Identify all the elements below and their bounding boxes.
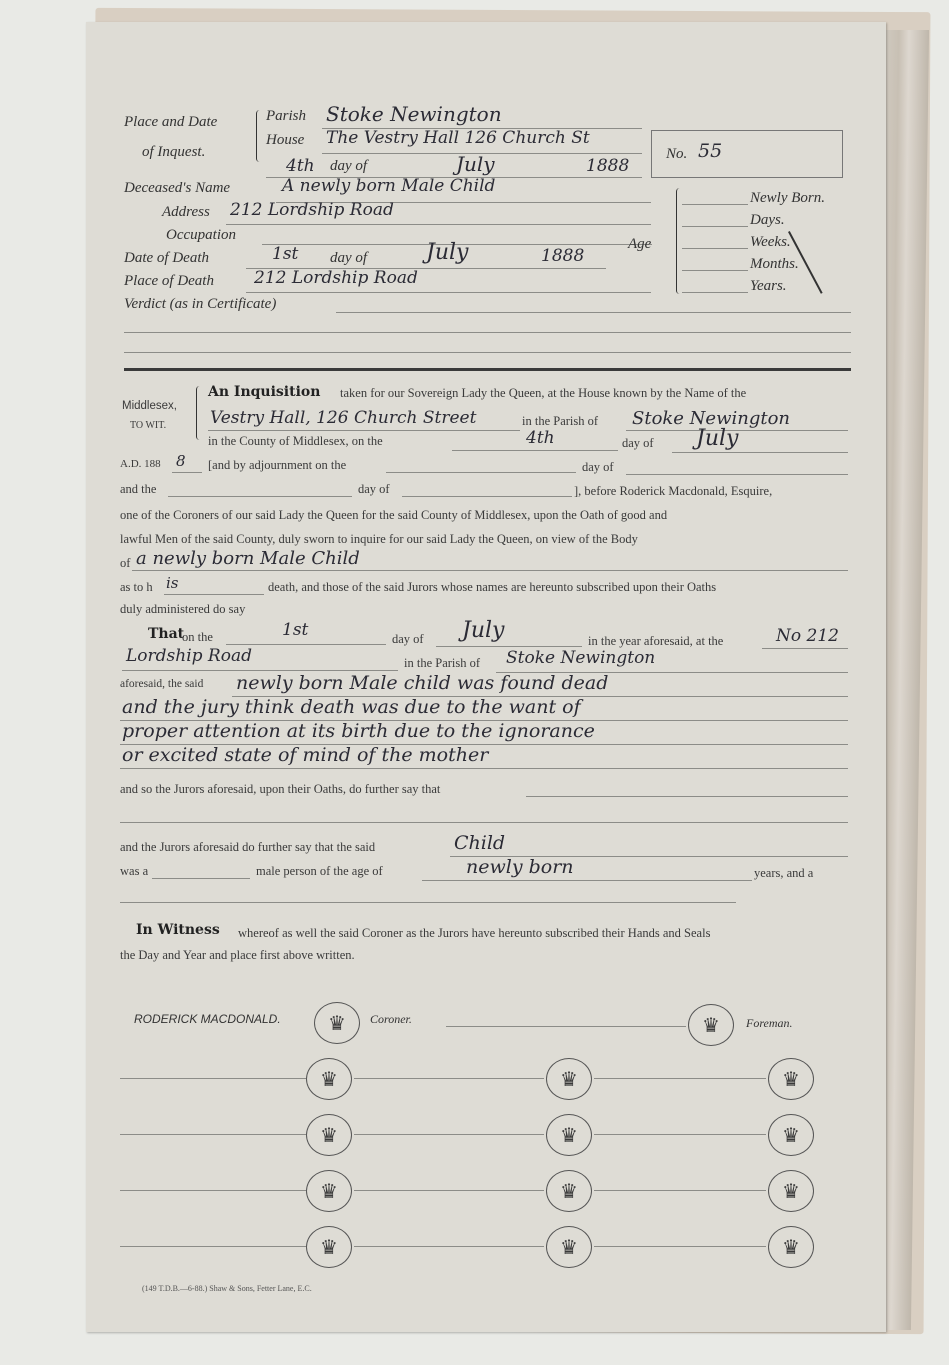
said-value: Child xyxy=(454,832,505,854)
coroner-label: Coroner. xyxy=(370,1012,412,1027)
finding-parish-value: Stoke Newington xyxy=(506,648,655,668)
crown-icon: ♛ xyxy=(320,1235,338,1260)
address-label: Address xyxy=(162,204,210,221)
occupation-label: Occupation xyxy=(166,227,236,244)
rule xyxy=(172,472,202,473)
juror-signature-line xyxy=(120,1190,306,1191)
finding-handwritten-line: proper attention at its birth due to the… xyxy=(122,720,595,742)
foreman-signature-line xyxy=(446,1026,686,1027)
inquisition-text-3: in the County of Middlesex, on the xyxy=(208,434,383,449)
rule xyxy=(124,352,851,353)
place-date-label: Place and Date xyxy=(124,114,217,131)
rule xyxy=(226,644,386,645)
juror-seal: ♛ xyxy=(768,1170,814,1212)
inquisition-month-value: July xyxy=(696,426,738,451)
crown-icon: ♛ xyxy=(702,1013,720,1038)
finding-month-value: July xyxy=(462,618,504,643)
inquisition-text-1: taken for our Sovereign Lady the Queen, … xyxy=(340,386,746,401)
of-inquest-label: of Inquest. xyxy=(142,144,205,161)
deceased-name-label: Deceased's Name xyxy=(124,180,230,197)
day-of-label: day of xyxy=(330,158,367,175)
rule xyxy=(386,472,576,473)
finding-handwritten-line: and the jury think death was due to the … xyxy=(122,696,581,718)
section-divider xyxy=(124,368,851,371)
parish-text: in the Parish of xyxy=(404,656,480,671)
crown-icon: ♛ xyxy=(782,1123,800,1148)
age-blank xyxy=(682,292,748,293)
rule xyxy=(246,292,651,293)
address-value: 212 Lordship Road xyxy=(230,200,394,220)
printer-imprint: (149 T.D.B.—6-88.) Shaw & Sons, Fetter L… xyxy=(142,1284,312,1293)
crown-icon: ♛ xyxy=(328,1011,346,1036)
crown-icon: ♛ xyxy=(320,1067,338,1092)
finding-handwritten-line: newly born Male child was found dead xyxy=(236,672,608,694)
inquisition-text-4: day of xyxy=(622,436,654,451)
coroners-line: one of the Coroners of our said Lady the… xyxy=(120,508,667,523)
age-blank xyxy=(682,270,748,271)
age-option: Weeks. xyxy=(750,234,791,251)
juror-signature-line xyxy=(354,1078,544,1079)
as-to-value: is xyxy=(166,574,179,592)
juror-seal: ♛ xyxy=(306,1114,352,1156)
juror-signature-line xyxy=(120,1246,306,1247)
crown-icon: ♛ xyxy=(782,1179,800,1204)
place-of-death-label: Place of Death xyxy=(124,273,214,290)
number-value: 55 xyxy=(698,140,722,162)
rule xyxy=(120,902,736,903)
juror-seal: ♛ xyxy=(768,1058,814,1100)
date-of-death-label: Date of Death xyxy=(124,250,209,267)
juror-seal: ♛ xyxy=(546,1226,592,1268)
years-text: years, and a xyxy=(754,866,813,881)
age-option: Days. xyxy=(750,212,785,229)
number-label: No. xyxy=(666,146,687,163)
juror-signature-line xyxy=(120,1078,306,1079)
death-day-value: 1st xyxy=(272,244,298,264)
age-option: Months. xyxy=(750,256,799,273)
juror-seal: ♛ xyxy=(306,1226,352,1268)
foreman-seal: ♛ xyxy=(688,1004,734,1046)
age-blank xyxy=(682,226,748,227)
as-to-label: as to h xyxy=(120,580,153,595)
duly-text: duly administered do say xyxy=(120,602,245,617)
juror-signature-line xyxy=(594,1134,766,1135)
year-text: in the year aforesaid, at the xyxy=(588,634,723,649)
inquisition-house-value: Vestry Hall, 126 Church Street xyxy=(210,408,476,428)
to-wit-label: TO WIT. xyxy=(130,420,166,431)
witness-text: whereof as well the said Coroner as the … xyxy=(238,926,710,941)
witness-text-2: the Day and Year and place first above w… xyxy=(120,948,355,963)
finding-handwritten-line: or excited state of mind of the mother xyxy=(122,744,488,766)
rule xyxy=(422,880,752,881)
finding-day-value: 1st xyxy=(282,620,308,640)
juror-signature-line xyxy=(120,1134,306,1135)
inquisition-form: Place and Date of Inquest. Parish Stoke … xyxy=(86,22,886,1332)
inquest-month-value: July xyxy=(456,152,495,176)
rule xyxy=(526,796,848,797)
rule xyxy=(124,332,851,333)
adjourn-day-of: day of xyxy=(582,460,614,475)
rule xyxy=(120,822,848,823)
inquest-year-value: 1888 xyxy=(586,156,629,176)
crown-icon: ♛ xyxy=(320,1179,338,1204)
inquisition-day-value: 4th xyxy=(526,428,555,448)
crown-icon: ♛ xyxy=(560,1123,578,1148)
age-option: Newly Born. xyxy=(750,190,825,207)
that-heading: That xyxy=(148,626,184,642)
juror-seal: ♛ xyxy=(768,1226,814,1268)
age-value: newly born xyxy=(466,856,574,878)
foreman-label: Foreman. xyxy=(746,1016,793,1031)
ad-year-suffix: 8 xyxy=(176,452,186,470)
further-text: and the Jurors aforesaid do further say … xyxy=(120,840,375,855)
at-value-2: Lordship Road xyxy=(126,646,252,666)
house-value: The Vestry Hall 126 Church St xyxy=(326,128,590,148)
death-year-value: 1888 xyxy=(541,246,584,266)
rule xyxy=(226,224,651,225)
rule xyxy=(336,312,851,313)
rule xyxy=(626,474,848,475)
juror-signature-line xyxy=(354,1246,544,1247)
rule xyxy=(120,768,848,769)
crown-icon: ♛ xyxy=(560,1067,578,1092)
crown-icon: ♛ xyxy=(560,1179,578,1204)
aforesaid-text: aforesaid, the said xyxy=(120,678,203,690)
coroner-name: RODERICK MACDONALD. xyxy=(134,1012,281,1026)
death-day-of-label: day of xyxy=(330,250,367,267)
was-a-text: was a xyxy=(120,864,148,879)
on-the-label: on the xyxy=(182,630,213,645)
rule xyxy=(168,496,352,497)
of-label: of xyxy=(120,556,130,571)
juror-signature-line xyxy=(594,1078,766,1079)
house-label: House xyxy=(266,132,304,149)
juror-seal: ♛ xyxy=(768,1114,814,1156)
inquest-day-value: 4th xyxy=(286,156,315,176)
crown-icon: ♛ xyxy=(782,1235,800,1260)
male-text: male person of the age of xyxy=(256,864,383,879)
parish-value: Stoke Newington xyxy=(326,102,502,126)
rule xyxy=(452,450,618,451)
inquisition-heading: An Inquisition xyxy=(208,384,320,400)
inquisition-text-2: in the Parish of xyxy=(522,414,598,429)
finding-day-of: day of xyxy=(392,632,424,647)
ad-label: A.D. 188 xyxy=(120,458,161,470)
body-value: a newly born Male Child xyxy=(136,548,360,569)
and-the-day-of: day of xyxy=(358,482,390,497)
rule xyxy=(762,648,848,649)
juror-signature-line xyxy=(594,1246,766,1247)
rule xyxy=(132,570,848,571)
rule xyxy=(672,452,848,453)
age-blank xyxy=(682,248,748,249)
juror-seal: ♛ xyxy=(306,1058,352,1100)
juror-seal: ♛ xyxy=(546,1058,592,1100)
juror-seal: ♛ xyxy=(546,1114,592,1156)
rule xyxy=(122,670,398,671)
verdict-label: Verdict (as in Certificate) xyxy=(124,296,276,313)
crown-icon: ♛ xyxy=(782,1067,800,1092)
county-label: Middlesex, xyxy=(122,400,177,412)
age-label: Age xyxy=(628,236,651,253)
brace xyxy=(256,110,263,162)
juror-signature-line xyxy=(594,1190,766,1191)
age-blank xyxy=(682,204,748,205)
coroner-seal: ♛ xyxy=(314,1002,360,1044)
crown-icon: ♛ xyxy=(320,1123,338,1148)
at-value: No 212 xyxy=(776,626,839,646)
brace xyxy=(196,386,203,440)
juror-seal: ♛ xyxy=(546,1170,592,1212)
so-jurors-text: and so the Jurors aforesaid, upon their … xyxy=(120,782,440,797)
witness-heading: In Witness xyxy=(136,922,220,938)
rule xyxy=(152,878,250,879)
death-month-value: July xyxy=(426,240,468,265)
rule xyxy=(436,646,582,647)
juror-signature-line xyxy=(354,1190,544,1191)
deceased-name-value: A newly born Male Child xyxy=(282,176,495,196)
rule xyxy=(402,496,572,497)
lawful-line: lawful Men of the said County, duly swor… xyxy=(120,532,638,547)
adjourn-text: [and by adjournment on the xyxy=(208,458,346,473)
juror-seal: ♛ xyxy=(306,1170,352,1212)
crown-icon: ♛ xyxy=(560,1235,578,1260)
and-the-label: and the xyxy=(120,482,156,497)
before-text: ], before Roderick Macdonald, Esquire, xyxy=(574,484,772,499)
age-option: Years. xyxy=(750,278,787,295)
rule xyxy=(208,430,520,431)
rule xyxy=(164,594,264,595)
death-text: death, and those of the said Jurors whos… xyxy=(268,580,716,595)
juror-signature-line xyxy=(354,1134,544,1135)
parish-label: Parish xyxy=(266,108,306,125)
place-of-death-value: 212 Lordship Road xyxy=(254,268,418,288)
